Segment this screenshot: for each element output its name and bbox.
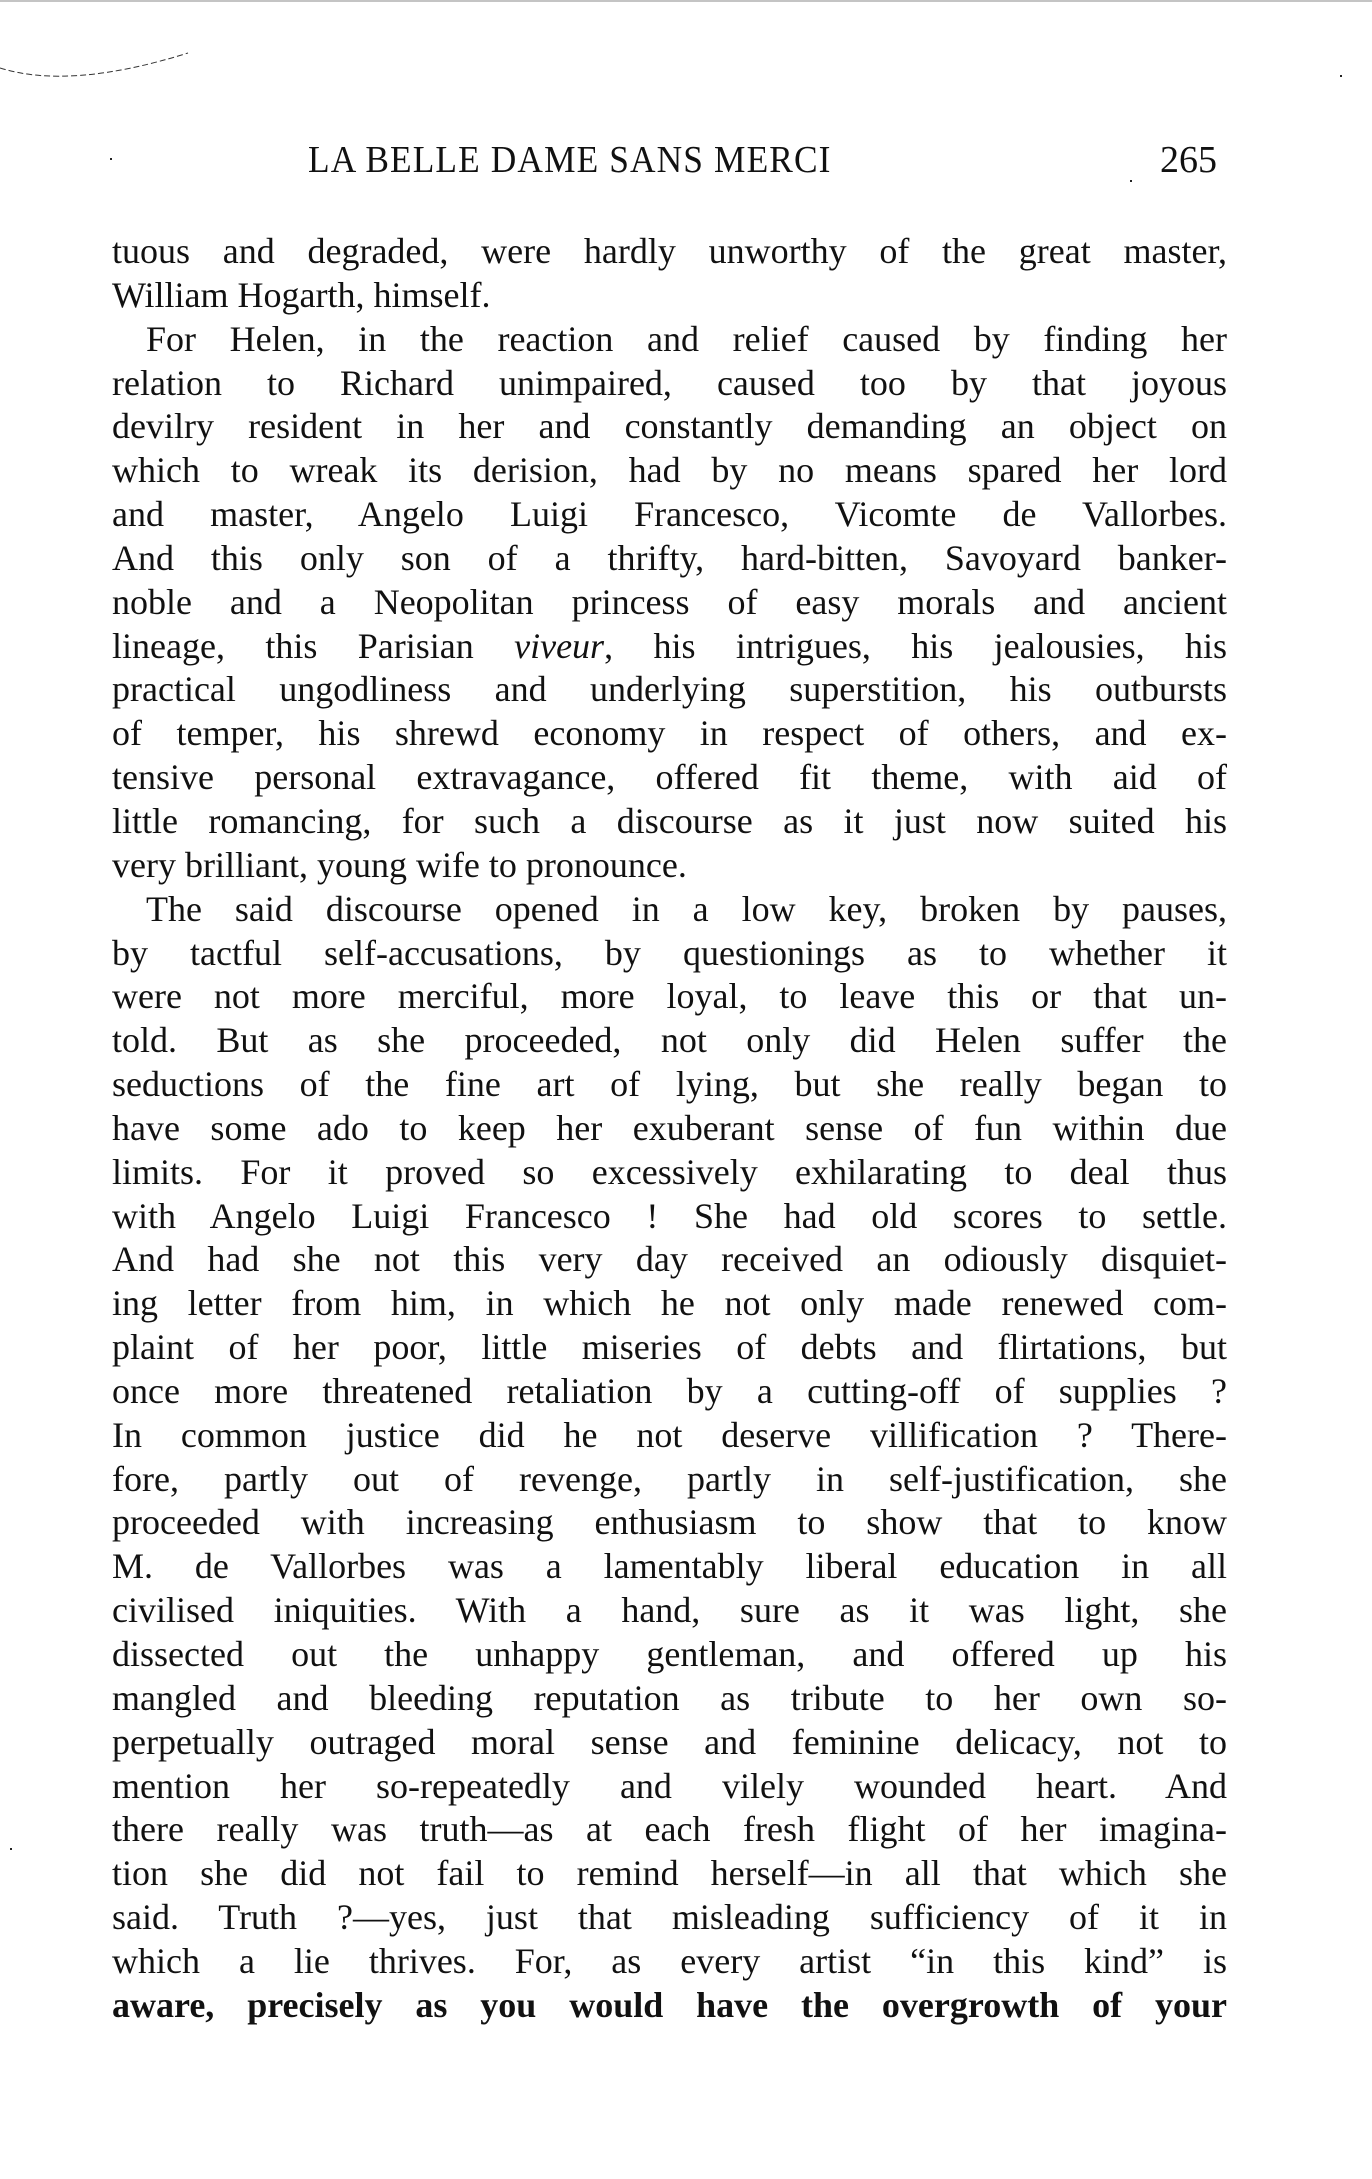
text-line: noble and a Neopolitan princess of easy …: [112, 581, 1227, 625]
text-span: lineage, this Parisian: [112, 626, 514, 666]
text-line: devilry resident in her and constantly d…: [112, 405, 1227, 449]
running-header: LA BELLE DAME SANS MERCI 265: [0, 138, 1372, 188]
running-title: LA BELLE DAME SANS MERCI: [308, 138, 832, 182]
text-line: told. But as she proceeded, not only did…: [112, 1019, 1227, 1063]
text-line: ing letter from him, in which he not onl…: [112, 1282, 1227, 1326]
text-line: proceeded with increasing enthusiasm to …: [112, 1501, 1227, 1545]
text-span: , his intrigues, his jealousies, his: [604, 626, 1227, 666]
text-line: In common justice did he not deserve vil…: [112, 1414, 1227, 1458]
text-line: plaint of her poor, little miseries of d…: [112, 1326, 1227, 1370]
text-line: there really was truth—as at each fresh …: [112, 1808, 1227, 1852]
text-line: aware, precisely as you would have the o…: [112, 1984, 1227, 2028]
paragraph-start-line: The said discourse opened in a low key, …: [112, 888, 1227, 932]
text-line: perpetually outraged moral sense and fem…: [112, 1721, 1227, 1765]
text-line: said. Truth ?—yes, just that misleading …: [112, 1896, 1227, 1940]
text-line: civilised iniquities. With a hand, sure …: [112, 1589, 1227, 1633]
text-line: which a lie thrives. For, as every artis…: [112, 1940, 1227, 1984]
paragraph-start-line: For Helen, in the reaction and relief ca…: [112, 318, 1227, 362]
text-line: tensive personal extravagance, offered f…: [112, 756, 1227, 800]
text-line: limits. For it proved so excessively exh…: [112, 1151, 1227, 1195]
text-line: have some ado to keep her exuberant sens…: [112, 1107, 1227, 1151]
text-line: William Hogarth, himself.: [112, 274, 1227, 318]
text-line: were not more merciful, more loyal, to l…: [112, 975, 1227, 1019]
text-line: tuous and degraded, were hardly unworthy…: [112, 230, 1227, 274]
text-line: and master, Angelo Luigi Francesco, Vico…: [112, 493, 1227, 537]
text-line: relation to Richard unimpaired, caused t…: [112, 362, 1227, 406]
text-line: And this only son of a thrifty, hard-bit…: [112, 537, 1227, 581]
scan-top-edge: [0, 0, 1372, 2]
text-line: with Angelo Luigi Francesco ! She had ol…: [112, 1195, 1227, 1239]
text-line: And had she not this very day received a…: [112, 1238, 1227, 1282]
text-line: lineage, this Parisian viveur, his intri…: [112, 625, 1227, 669]
text-line: once more threatened retaliation by a cu…: [112, 1370, 1227, 1414]
text-line: practical ungodliness and underlying sup…: [112, 668, 1227, 712]
book-page: LA BELLE DAME SANS MERCI 265 tuous and d…: [0, 0, 1372, 2179]
scan-speck: [1340, 75, 1342, 77]
text-line: of temper, his shrewd economy in respect…: [112, 712, 1227, 756]
text-line: mangled and bleeding reputation as tribu…: [112, 1677, 1227, 1721]
text-line: very brilliant, young wife to pronounce.: [112, 844, 1227, 888]
text-line: little romancing, for such a discourse a…: [112, 800, 1227, 844]
text-line: by tactful self-accusations, by question…: [112, 932, 1227, 976]
text-line: fore, partly out of revenge, partly in s…: [112, 1458, 1227, 1502]
text-line: dissected out the unhappy gentleman, and…: [112, 1633, 1227, 1677]
text-line: tion she did not fail to remind herself—…: [112, 1852, 1227, 1896]
text-line: seductions of the fine art of lying, but…: [112, 1063, 1227, 1107]
text-line: M. de Vallorbes was a lamentably liberal…: [112, 1545, 1227, 1589]
text-line: mention her so-repeatedly and vilely wou…: [112, 1765, 1227, 1809]
scan-artifact-curve: [0, 40, 200, 90]
scan-speck: [10, 1848, 12, 1850]
italic-word: viveur: [514, 626, 604, 666]
page-number: 265: [1160, 138, 1217, 182]
text-line: which to wreak its derision, had by no m…: [112, 449, 1227, 493]
body-text: tuous and degraded, were hardly unworthy…: [112, 230, 1227, 2028]
